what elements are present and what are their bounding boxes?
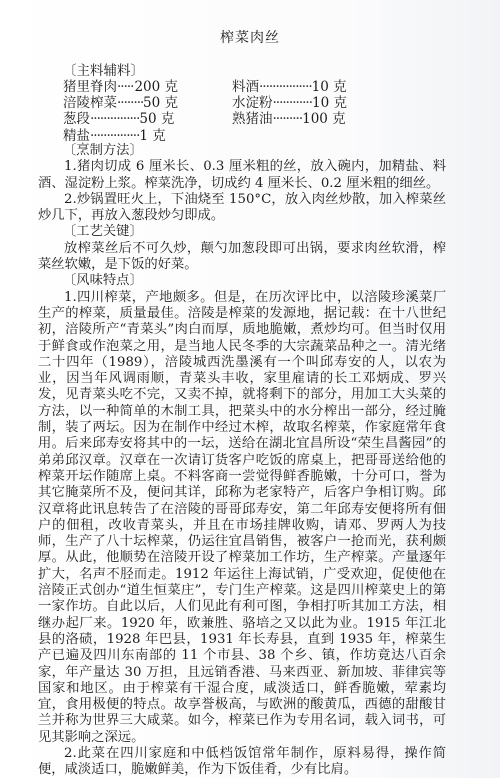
ingredient-amount: 10 克 <box>312 95 347 111</box>
ingredient-amount: 1 克 <box>139 128 165 144</box>
ingredient-amount: 100 克 <box>302 111 346 127</box>
ingredient-name: 熟猪油 <box>232 111 273 127</box>
leader-dots: ············ <box>273 95 313 111</box>
key-points-text: 放榨菜丝后不可久炒，颠勺加葱段即可出锅，要求肉丝软滑，榨菜丝软嫩，是下饭的好菜。 <box>38 241 446 274</box>
flavor-heading: 〔风味特点〕 <box>38 273 446 289</box>
ingredient-row: 精盐 ··············· 1 克 <box>63 128 178 144</box>
method-step: 2.炒锅置旺火上，下油烧至 150°C，放入肉丝炒散，加入榨菜丝炒几下，再放入葱… <box>38 192 446 225</box>
ingredients-right-column: 料酒 ················ 10 克 水淀粉 ···········… <box>232 79 357 128</box>
method-heading: 〔烹制方法〕 <box>38 143 446 159</box>
recipe-body: 〔烹制方法〕 1.猪肉切成 6 厘米长、0.3 厘米粗的丝，放入碗内，加精盐、料… <box>38 143 446 778</box>
ingredient-row: 葱段 ··············· 50 克 <box>63 111 178 127</box>
ingredient-name: 精盐 <box>63 128 90 144</box>
ingredient-amount: 10 克 <box>312 79 347 95</box>
leader-dots: ··············· <box>90 128 139 144</box>
ingredient-row: 料酒 ················ 10 克 <box>232 79 357 95</box>
ingredient-row: 熟猪油 ········· 100 克 <box>232 111 357 127</box>
ingredient-amount: 50 克 <box>143 95 178 111</box>
leader-dots: ········· <box>117 95 143 111</box>
ingredients-left-column: 猪里脊肉 ······ 200 克 涪陵榨菜 ········· 50 克 葱段… <box>63 79 178 144</box>
ingredient-name: 猪里脊肉 <box>63 79 117 95</box>
ingredient-row: 猪里脊肉 ······ 200 克 <box>63 79 178 95</box>
recipe-title: 榨菜肉丝 <box>0 27 500 47</box>
ingredient-amount: 200 克 <box>134 79 178 95</box>
leader-dots: ··············· <box>90 111 139 127</box>
flavor-paragraph: 1.四川榨菜，产地颇多。但是，在历次评比中，以涪陵珍溪菜厂生产的榨菜，质量最佳。… <box>38 290 446 746</box>
document-page: 榨菜肉丝 〔主料辅料〕 猪里脊肉 ······ 200 克 涪陵榨菜 ·····… <box>0 0 500 778</box>
ingredients-heading: 〔主料辅料〕 <box>63 63 144 79</box>
ingredient-name: 料酒 <box>232 79 259 95</box>
ingredient-row: 涪陵榨菜 ········· 50 克 <box>63 95 178 111</box>
leader-dots: ················ <box>259 79 312 95</box>
method-step: 1.猪肉切成 6 厘米长、0.3 厘米粗的丝，放入碗内，加精盐、料酒、湿淀粉上浆… <box>38 159 446 192</box>
ingredient-name: 涪陵榨菜 <box>63 95 117 111</box>
ingredient-row: 水淀粉 ············ 10 克 <box>232 95 357 111</box>
leader-dots: ······ <box>117 79 134 95</box>
ingredient-amount: 50 克 <box>139 111 174 127</box>
ingredient-name: 葱段 <box>63 111 90 127</box>
ingredient-name: 水淀粉 <box>232 95 273 111</box>
key-points-heading: 〔工艺关键〕 <box>38 224 446 240</box>
flavor-paragraph: 2.此菜在四川家庭和中低档饭馆常年制作，原料易得，操作简便，咸淡适口，脆嫩鲜美，… <box>38 746 446 778</box>
leader-dots: ········· <box>273 111 303 127</box>
